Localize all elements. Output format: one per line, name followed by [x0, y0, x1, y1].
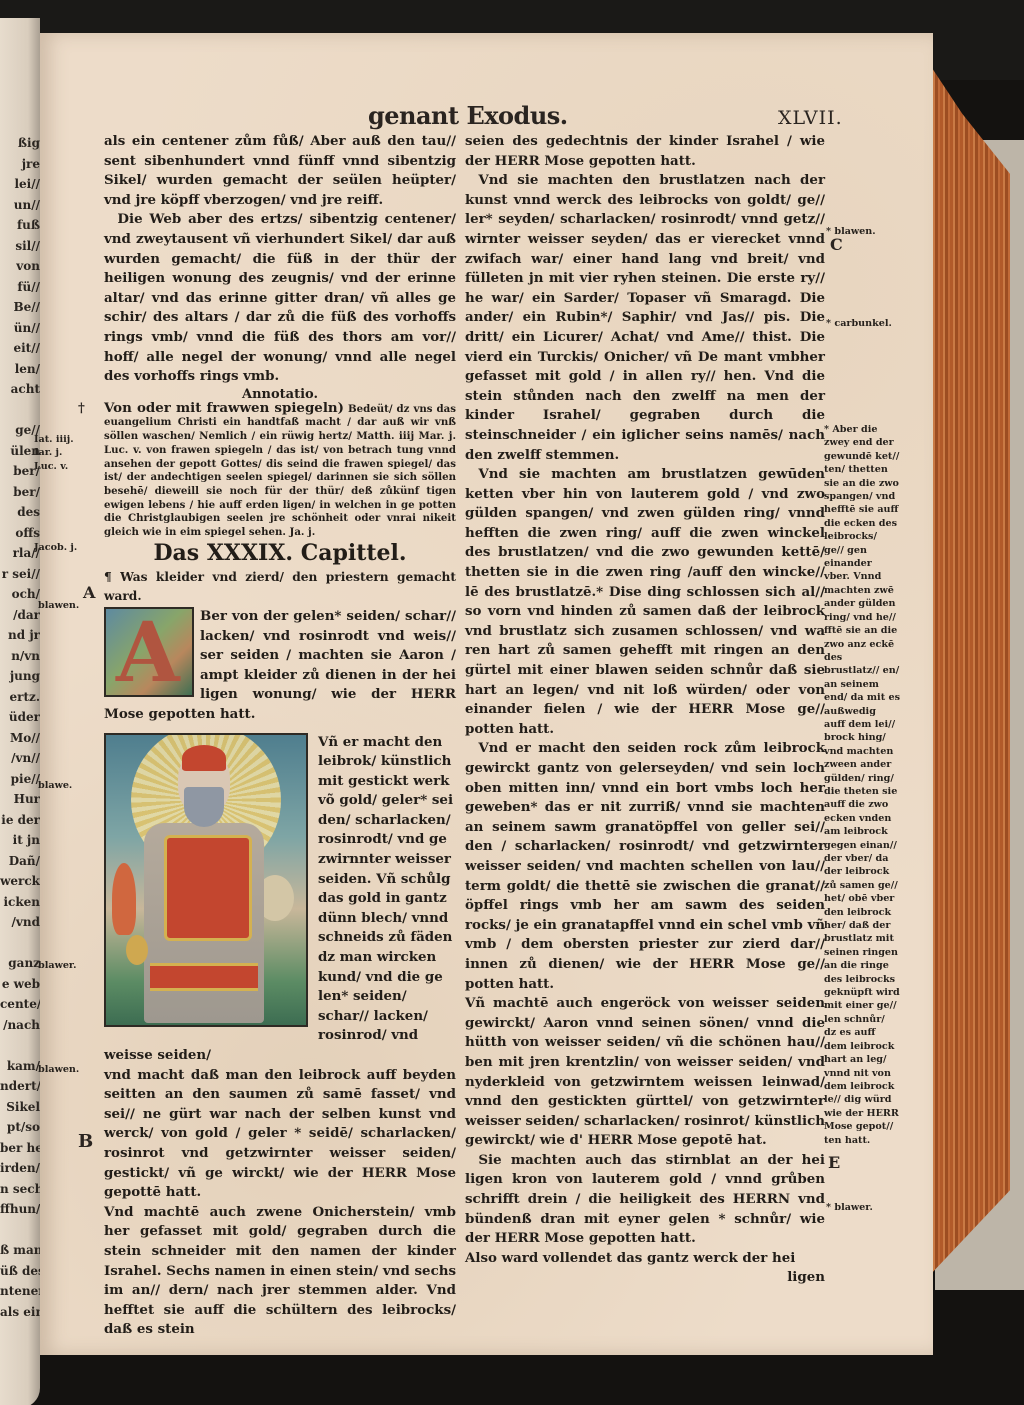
left-page-fragment: och/	[0, 584, 40, 604]
left-paragraph-2: Die Web aber des ertzs/ sibentzig centen…	[104, 210, 456, 386]
right-paragraph-3: Vnd sie machten am brustlatzen gewūden k…	[465, 465, 825, 739]
right-paragraph-2: Vnd sie machten den brustlatzen nach der…	[465, 171, 825, 465]
left-page-fragment: fuß	[0, 215, 40, 235]
left-page-fragment: Hur	[0, 789, 40, 809]
left-page-fragment: jung	[0, 666, 40, 686]
left-page-fragment: icken	[0, 892, 40, 912]
left-page-fragment: it jn	[0, 830, 40, 850]
dagger-mark: †	[78, 401, 85, 416]
left-page-fragment: ffhun/	[0, 1199, 40, 1219]
margin-jacob: Jacob. j.	[34, 541, 84, 554]
left-page-fragment: /vnd	[0, 912, 40, 932]
left-paragraph-5: Vnd machtē auch zwene Onicherstein/ vmb …	[104, 1203, 456, 1340]
flame	[112, 863, 136, 935]
left-page-fragment: ß man	[0, 1240, 40, 1260]
margin-citation: Iat. iiij. Iar. j. Luc. v.	[34, 433, 84, 473]
right-paragraph-5: Vñ machtē auch engeröck von weisser seid…	[465, 994, 825, 1151]
margin-blawen: blawen.	[38, 599, 79, 612]
censer	[126, 935, 148, 965]
left-page-fragment: üß des	[0, 1261, 40, 1281]
left-page-fragment: ber/	[0, 482, 40, 502]
robe-hem	[150, 963, 258, 991]
illuminated-initial: A	[104, 607, 194, 697]
left-page-fragment: len/	[0, 359, 40, 379]
right-paragraph-6: Sie machten auch das stirnblat an der he…	[465, 1151, 825, 1249]
right-paragraph-4: Vnd er macht den seiden rock zům leibroc…	[465, 739, 825, 994]
left-page-fragment: ün//	[0, 318, 40, 338]
margin-blawen-2: blawen.	[38, 1063, 79, 1076]
left-page-fragment: /nach	[0, 1015, 40, 1035]
left-paragraph-4-continued: vnd macht daß man den leibrock auff beyd…	[104, 1066, 456, 1203]
left-page-fragment: Be//	[0, 297, 40, 317]
chapter-title: Das XXXIX. Capittel.	[104, 540, 456, 566]
running-head: genant Exodus.	[368, 101, 568, 130]
left-page-fragment: irden/	[0, 1158, 40, 1178]
ephod	[164, 835, 252, 941]
left-page-fragment: eit//	[0, 338, 40, 358]
left-page-fragment: lei//	[0, 174, 40, 194]
mitre	[182, 745, 226, 771]
red-page-edges	[930, 65, 1010, 1275]
left-page-fragment: des	[0, 502, 40, 522]
left-page-fragment: offs	[0, 523, 40, 543]
book-page: genant Exodus. XLVII. † Iat. iiij. Iar. …	[40, 33, 933, 1355]
left-page-fragment: von	[0, 256, 40, 276]
catchword: ligen	[465, 1268, 825, 1288]
left-page-fragment: ganz	[0, 953, 40, 973]
annotation-block: Von oder mit frawwen spiegeln) Bedeüt/ d…	[104, 402, 456, 540]
left-page-fragment: n sechs	[0, 1179, 40, 1199]
margin-right-blawer: * blawer.	[826, 1201, 873, 1214]
chapter-summary: ¶ Was kleider vnd zierd/ den priestern g…	[104, 568, 456, 607]
left-page-fragment: ie der	[0, 810, 40, 830]
margin-blawe: blawe.	[38, 779, 72, 792]
left-page-fragment: fü//	[0, 277, 40, 297]
beard	[184, 787, 224, 827]
left-page-fragment: r sei//	[0, 564, 40, 584]
section-letter-e: E	[828, 1153, 840, 1172]
left-paragraph-1: als ein centener zům fůß/ Aber auß den t…	[104, 132, 456, 210]
right-column: seien des gedechtnis der kinder Israhel …	[465, 132, 825, 1288]
left-page-fragment: pie//	[0, 769, 40, 789]
opening-paragraph: A Ber von der gelen* seiden/ schar// lac…	[104, 607, 456, 725]
left-page-fragment: sil//	[0, 236, 40, 256]
left-page-fragment: ßig	[0, 133, 40, 153]
margin-blawer: blawer.	[38, 959, 76, 972]
left-page-fragment: /dar	[0, 605, 40, 625]
left-column: als ein centener zům fůß/ Aber auß den t…	[104, 132, 456, 1340]
left-page-fragment: n/vn	[0, 646, 40, 666]
woodcut-illustration-high-priest	[104, 733, 308, 1027]
left-page-fragment: /vn//	[0, 748, 40, 768]
right-paragraph-7: Also ward vollendet das gantz werck der …	[465, 1249, 825, 1269]
left-page-fragment: werck	[0, 871, 40, 891]
left-page-fragment: ndert/	[0, 1076, 40, 1096]
left-page-fragment: Dañ/	[0, 851, 40, 871]
annotation-body: Bedeüt/ dz vns das euangelium Christi ei…	[104, 403, 456, 538]
left-page-curl: ßigjrelei//un//fußsil//vonfü//Be//ün//ei…	[0, 18, 40, 1405]
left-page-fragment: e web	[0, 974, 40, 994]
section-letter-b: B	[78, 1131, 93, 1152]
initial-letter: A	[116, 605, 180, 701]
left-page-fragment: üder	[0, 707, 40, 727]
left-page-fragment: un//	[0, 195, 40, 215]
margin-long-note: * Aber die zwey end der gewundē ket// te…	[824, 423, 900, 1147]
left-page-fragment: Sikel	[0, 1097, 40, 1117]
right-paragraph-1: seien des gedechtnis der kinder Israhel …	[465, 132, 825, 171]
left-page-fragment: cente/	[0, 994, 40, 1014]
margin-carbunkel: * carbunkel.	[826, 317, 892, 330]
left-page-fragment: Mo//	[0, 728, 40, 748]
left-page-fragment: pt/so	[0, 1117, 40, 1137]
section-letter-a: A	[83, 583, 95, 602]
left-page-fragment: jre	[0, 154, 40, 174]
left-page-fragment: ber hei	[0, 1138, 40, 1158]
left-page-fragment: ntener/	[0, 1281, 40, 1301]
left-page-fragment: ertz.	[0, 687, 40, 707]
left-page-fragment: kam/	[0, 1056, 40, 1076]
section-letter-c: C	[830, 235, 843, 254]
folio-number: XLVII.	[778, 107, 843, 129]
left-page-fragment: nd jr	[0, 625, 40, 645]
annotation-lead: Von oder mit frawwen spiegeln)	[104, 400, 344, 416]
left-page-fragment: als ein	[0, 1302, 40, 1322]
left-page-fragment: acht	[0, 379, 40, 399]
